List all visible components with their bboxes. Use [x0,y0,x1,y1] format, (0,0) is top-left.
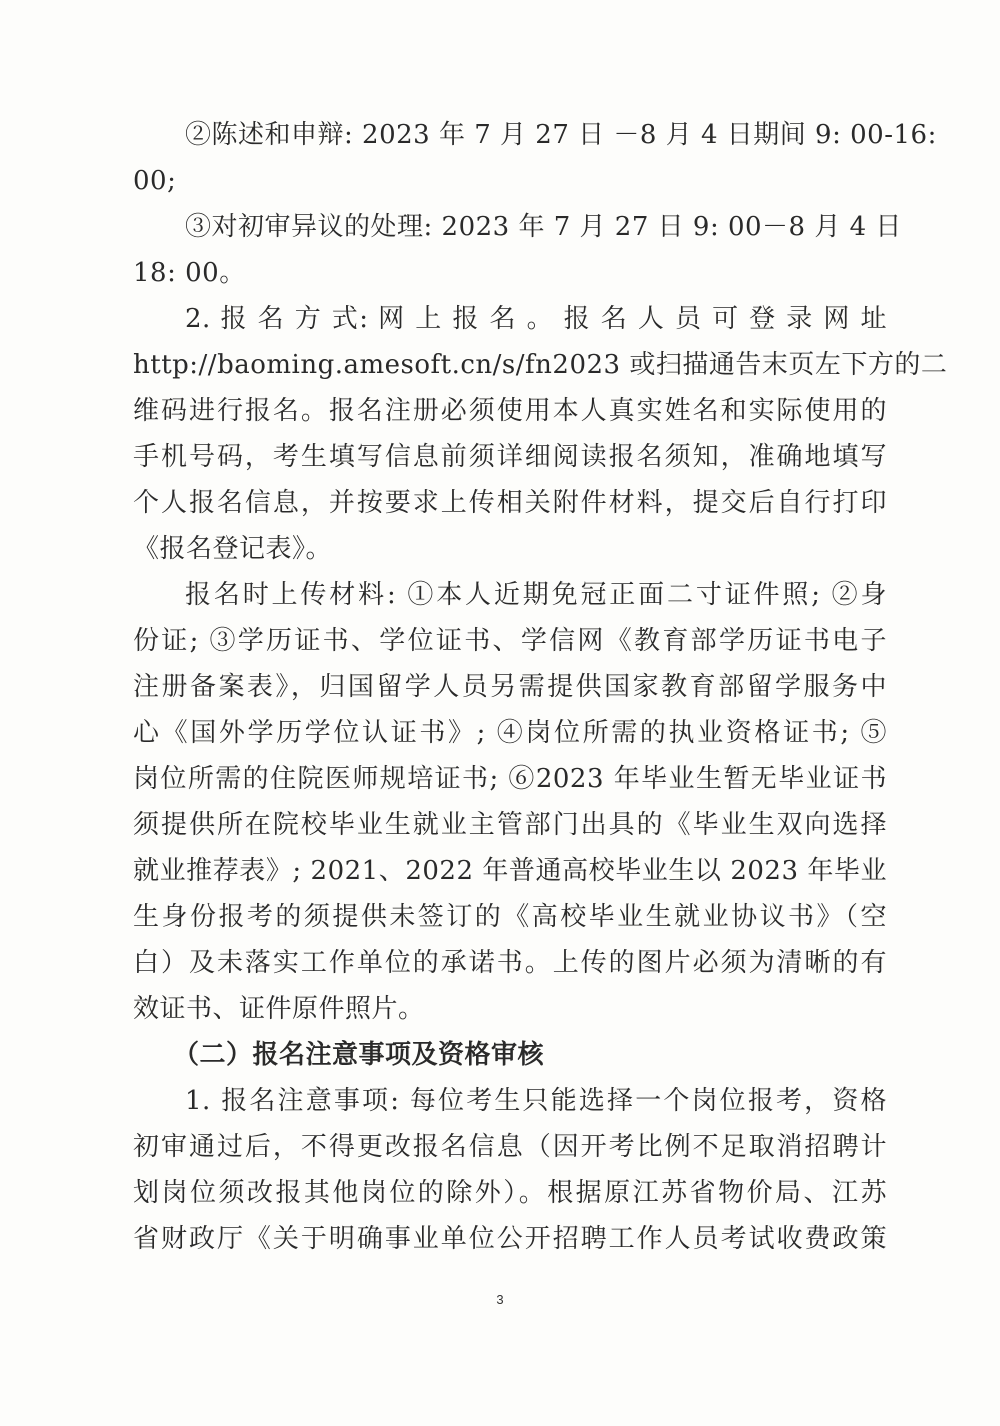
text-line: 维码进行报名。报名注册必须使用本人真实姓名和实际使用的 [133,388,887,434]
document-body: ②陈述和申辩: 2023 年 7 月 27 日 －8 月 4 日期间 9: 00… [133,112,887,1262]
text-line: 就业推荐表》; 2021、2022 年普通高校毕业生以 2023 年毕业 [133,848,887,894]
page-number: 3 [0,1292,1000,1307]
text-line: ③对初审异议的处理: 2023 年 7 月 27 日 9: 00－8 月 4 日 [133,204,887,250]
text-line: 须提供所在院校毕业生就业主管部门出具的《毕业生双向选择 [133,802,887,848]
text-line: 18: 00。 [133,250,887,296]
text-line: 效证书、证件原件照片。 [133,986,887,1032]
text-line: 划岗位须改报其他岗位的除外）。根据原江苏省物价局、江苏 [133,1170,887,1216]
text-line: 白）及未落实工作单位的承诺书。上传的图片必须为清晰的有 [133,940,887,986]
text-line: 省财政厅《关于明确事业单位公开招聘工作人员考试收费政策 [133,1216,887,1262]
text-line: 报名时上传材料: ①本人近期免冠正面二寸证件照; ②身 [133,572,887,618]
text-line: 注册备案表》，归国留学人员另需提供国家教育部留学服务中 [133,664,887,710]
text-line: 心《国外学历学位认证书》; ④岗位所需的执业资格证书; ⑤ [133,710,887,756]
text-line: 00; [133,158,887,204]
text-line: 份证; ③学历证书、学位证书、学信网《教育部学历证书电子 [133,618,887,664]
text-line: 手机号码，考生填写信息前须详细阅读报名须知，准确地填写 [133,434,887,480]
text-line: 生身份报考的须提供未签订的《高校毕业生就业协议书》（空 [133,894,887,940]
text-line: 《报名登记表》。 [133,526,887,572]
text-line: 初审通过后，不得更改报名信息（因开考比例不足取消招聘计 [133,1124,887,1170]
text-line: ②陈述和申辩: 2023 年 7 月 27 日 －8 月 4 日期间 9: 00… [133,112,887,158]
text-line: 1. 报名注意事项: 每位考生只能选择一个岗位报考，资格 [133,1078,887,1124]
text-line: 2. 报 名 方 式: 网 上 报 名 。 报 名 人 员 可 登 录 网 址 [133,296,887,342]
url-line: http://baoming.amesoft.cn/s/fn2023 或扫描通告… [133,342,887,388]
text-line: 个人报名信息，并按要求上传相关附件材料，提交后自行打印 [133,480,887,526]
text-line: 岗位所需的住院医师规培证书; ⑥2023 年毕业生暂无毕业证书 [133,756,887,802]
section-heading: （二）报名注意事项及资格审核 [133,1032,887,1078]
